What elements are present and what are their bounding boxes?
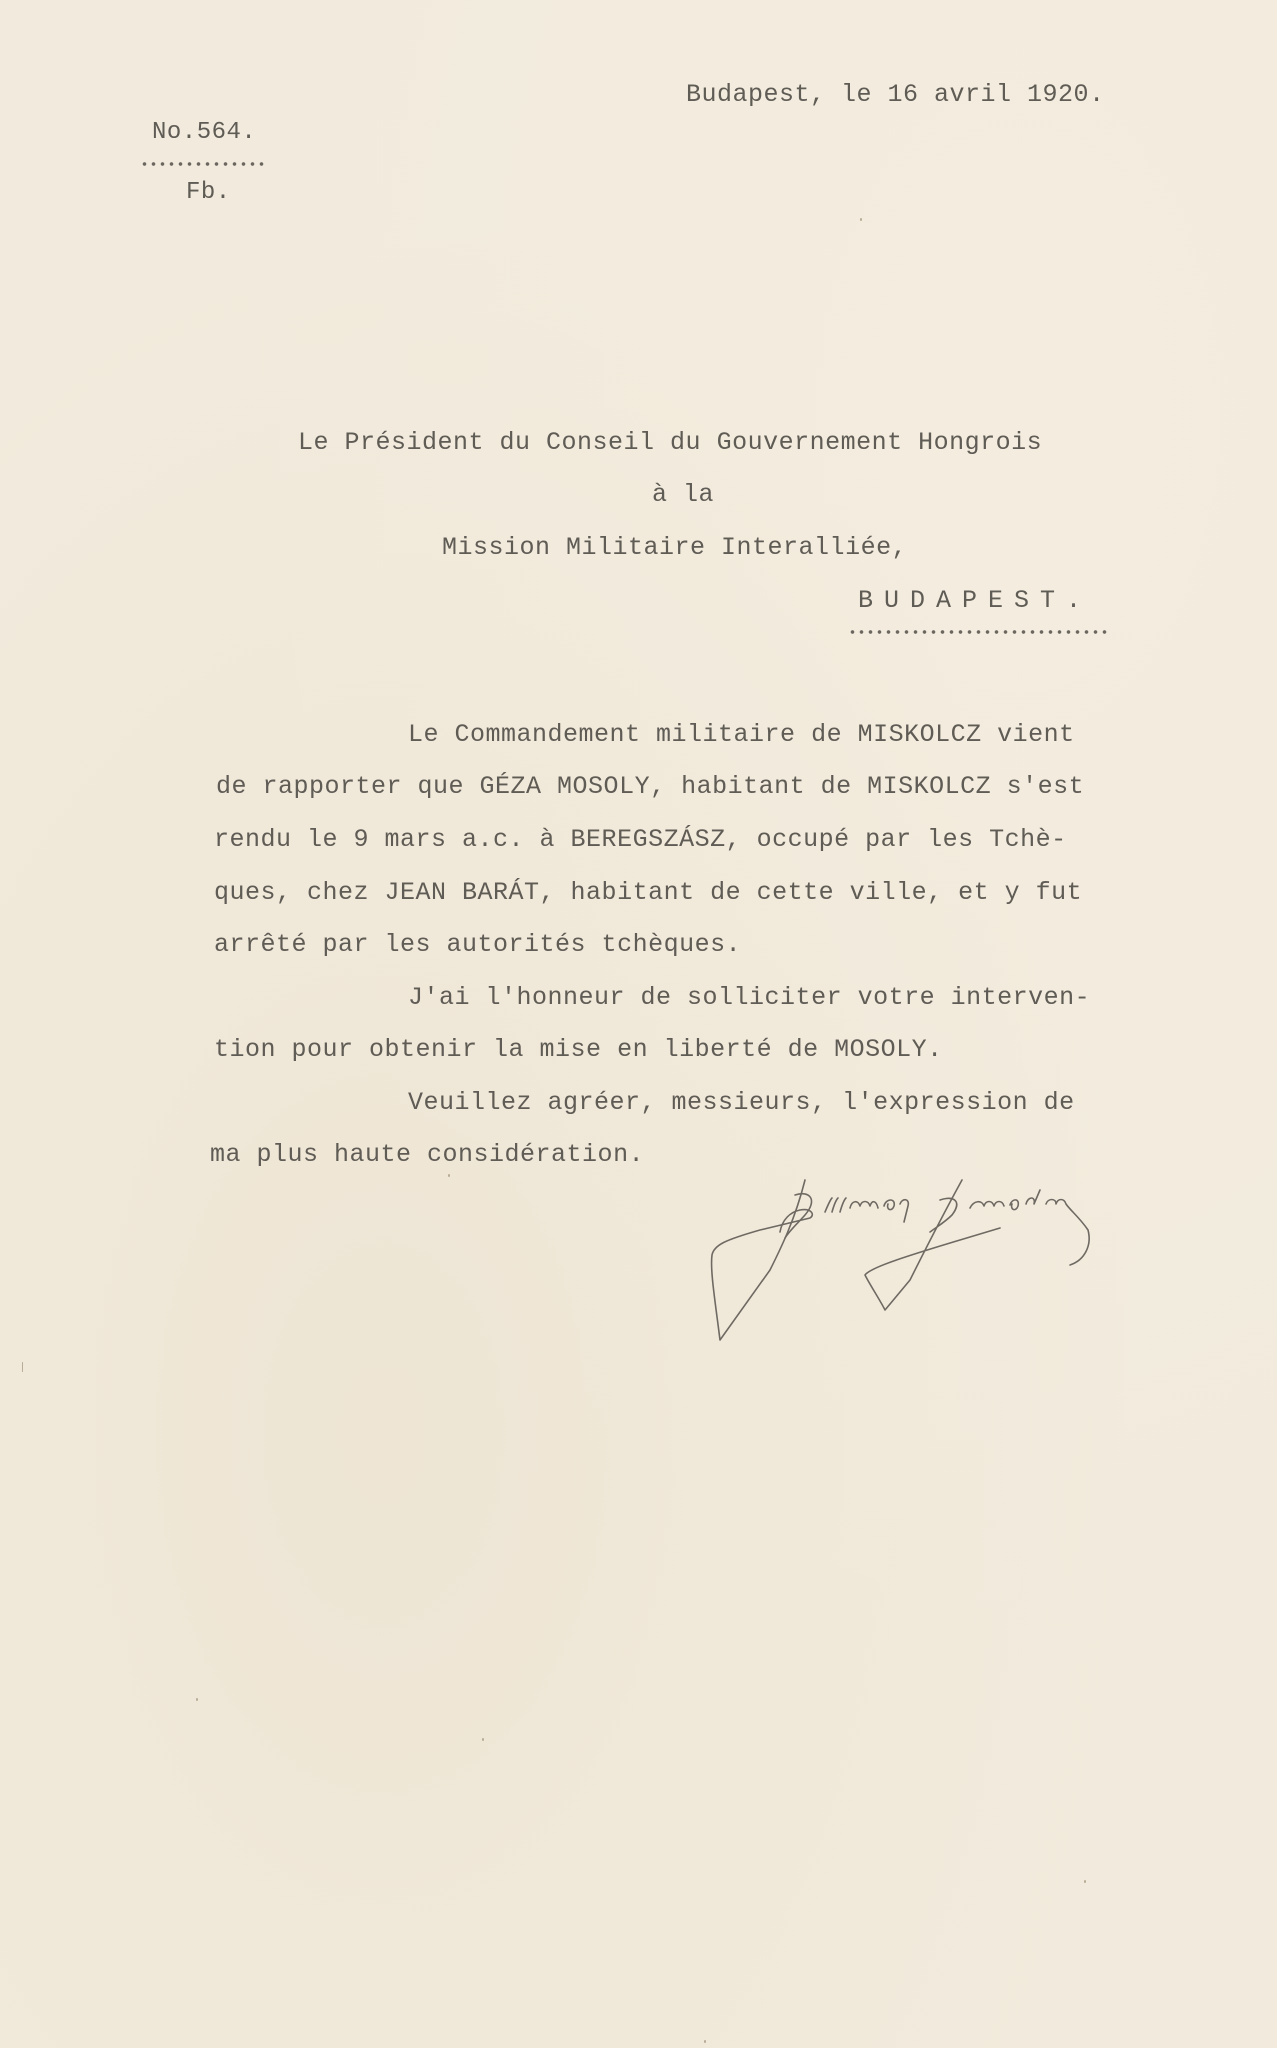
paper-speck: [704, 2040, 706, 2043]
paper-speck: [482, 1738, 484, 1741]
body-line: de rapporter que GÉZA MOSOLY, habitant d…: [216, 772, 1084, 802]
paper-speck: [448, 1174, 450, 1177]
sender-title: Le Président du Conseil du Gouvernement …: [298, 428, 1042, 458]
recipient-city: BUDAPEST.: [858, 586, 1092, 616]
recipient-name: Mission Militaire Interalliée,: [442, 533, 907, 563]
body-line: J'ai l'honneur de solliciter votre inter…: [408, 983, 1090, 1013]
place-date: Budapest, le 16 avril 1920.: [686, 80, 1105, 110]
body-line: Le Commandement militaire de MISKOLCZ vi…: [408, 720, 1075, 750]
body-line: ques, chez JEAN BARÁT, habitant de cette…: [214, 878, 1082, 908]
recipient-city-underline: [848, 630, 1110, 634]
reference-underline: [140, 162, 266, 166]
reference-number: No.564.: [152, 118, 256, 148]
address-preposition: à la: [652, 480, 714, 510]
body-line: rendu le 9 mars a.c. à BEREGSZÁSZ, occup…: [214, 825, 1067, 855]
handwritten-signature-icon: [700, 1160, 1180, 1350]
body-line: Veuillez agréer, messieurs, l'expression…: [408, 1088, 1075, 1118]
reference-initials: Fb.: [186, 178, 231, 208]
paper-speck: [22, 1362, 23, 1372]
paper-speck: [1084, 1880, 1086, 1883]
letter-page: Budapest, le 16 avril 1920. No.564. Fb. …: [0, 0, 1277, 2048]
paper-speck: [196, 1698, 198, 1701]
body-line: arrêté par les autorités tchèques.: [214, 930, 741, 960]
body-line: ma plus haute considération.: [210, 1140, 644, 1170]
paper-speck: [860, 218, 862, 221]
body-line: tion pour obtenir la mise en liberté de …: [214, 1035, 943, 1065]
